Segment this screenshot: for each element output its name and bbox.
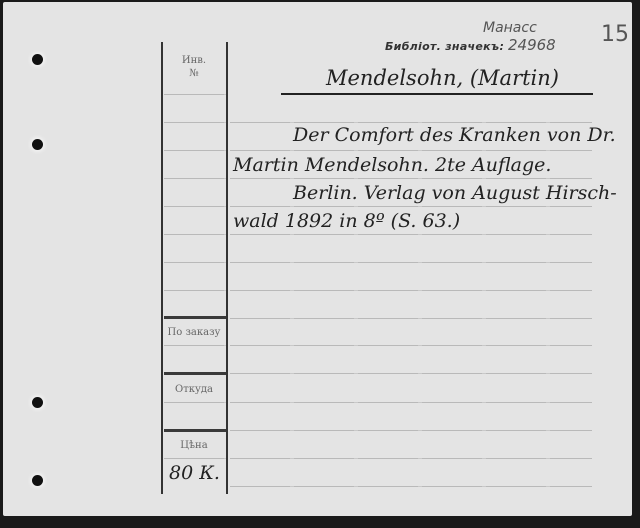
- ruled-line: [230, 178, 592, 179]
- ruled-line: [230, 290, 592, 291]
- price-label: Цѣна: [163, 440, 225, 451]
- corner-number: 15: [601, 22, 629, 47]
- inventory-label: Инв.: [163, 55, 225, 66]
- ruled-line: [164, 122, 226, 123]
- ruled-line: [164, 94, 226, 95]
- section-divider: [164, 316, 226, 319]
- entry-line-3: Berlin. Verlag von August Hirsch-: [293, 182, 617, 204]
- ruled-line: [230, 234, 592, 235]
- ruled-line: [230, 402, 592, 403]
- ruled-line: [164, 150, 226, 151]
- catalog-card: Манасс Библіот. значекъ: 24968 15 Инв. №…: [3, 2, 632, 516]
- entry-line-4: wald 1892 in 8º (S. 63.): [233, 210, 460, 232]
- column-divider: [226, 42, 228, 494]
- punch-hole: [32, 397, 43, 408]
- library-mark-note: Манасс: [483, 20, 537, 36]
- ruled-line: [164, 290, 226, 291]
- ruled-line: [230, 345, 592, 346]
- ruled-line: [230, 373, 592, 374]
- library-mark-label: Библіот. значекъ:: [385, 40, 504, 53]
- library-mark-value: 24968: [508, 36, 556, 54]
- ruled-line: [164, 262, 226, 263]
- ruled-line: [230, 122, 592, 123]
- section-divider: [164, 429, 226, 432]
- ruled-line: [230, 486, 592, 487]
- section-divider: [164, 372, 226, 375]
- ruled-line: [164, 458, 226, 459]
- by-order-label: По заказу: [163, 327, 225, 338]
- author-heading: Mendelsohn, (Martin): [326, 66, 559, 90]
- ruled-line: [230, 318, 592, 319]
- from-where-label: Откуда: [163, 384, 225, 395]
- inventory-number-sign: №: [163, 68, 225, 79]
- price-value: 80 К.: [169, 462, 220, 484]
- entry-line-2: Martin Mendelsohn. 2te Auflage.: [233, 154, 551, 176]
- ruled-line: [230, 150, 592, 151]
- left-column-border: [161, 42, 163, 494]
- punch-hole: [32, 54, 43, 65]
- ruled-line: [164, 206, 226, 207]
- author-underline: [281, 93, 593, 95]
- ruled-line: [164, 345, 226, 346]
- punch-hole: [32, 139, 43, 150]
- ruled-line: [230, 262, 592, 263]
- punch-hole: [32, 475, 43, 486]
- ruled-line: [164, 402, 226, 403]
- ruled-line: [230, 206, 592, 207]
- ruled-line: [230, 430, 592, 431]
- ruled-line: [164, 178, 226, 179]
- entry-line-1: Der Comfort des Kranken von Dr.: [293, 124, 616, 146]
- ruled-line: [164, 234, 226, 235]
- ruled-line: [230, 458, 592, 459]
